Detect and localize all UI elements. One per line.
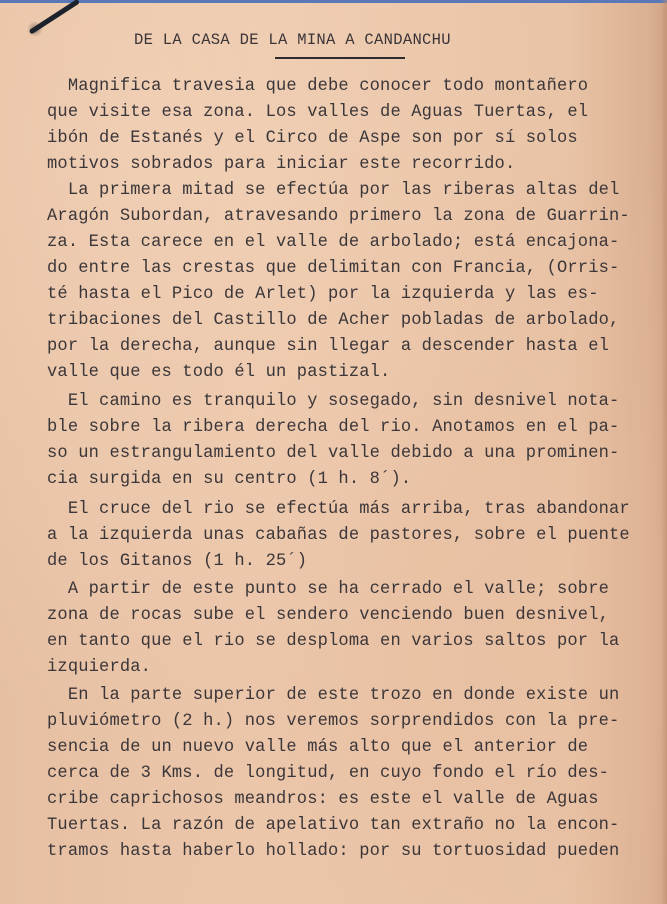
text-line: El cruce del rio se efectúa más arriba, … (47, 500, 630, 520)
text-line: tramos hasta haberlo hollado: por su tor… (47, 842, 619, 862)
text-line: sencia de un nuevo valle más alto que el… (47, 738, 588, 758)
text-line: que visite esa zona. Los valles de Aguas… (47, 103, 588, 123)
text-line: valle que es todo él un pastizal. (47, 363, 390, 383)
text-line: Tuertas. La razón de apelativo tan extra… (47, 816, 619, 836)
text-line: de los Gitanos (1 h. 25´) (47, 552, 307, 572)
text-line: Aragón Subordan, atravesando primero la … (47, 207, 630, 227)
typewritten-page: DE LA CASA DE LA MINA A CANDANCHU Magnif… (0, 0, 667, 904)
text-line: a la izquierda unas cabañas de pastores,… (47, 526, 630, 546)
text-line: cribe caprichosos meandros: es este el v… (47, 790, 599, 810)
text-line: En la parte superior de este trozo en do… (47, 686, 619, 706)
text-line: La primera mitad se efectúa por las ribe… (47, 181, 619, 201)
text-line: so un estrangulamiento del valle debido … (47, 444, 619, 464)
page-edge-shadow (661, 0, 667, 904)
text-line: Magnifica travesia que debe conocer todo… (47, 77, 588, 97)
text-line: por la derecha, aunque sin llegar a desc… (47, 337, 609, 357)
text-line: cia surgida en su centro (1 h. 8´). (47, 470, 411, 490)
scan-border (0, 0, 667, 3)
text-line: motivos sobrados para iniciar este recor… (47, 155, 515, 175)
pen-mark (29, 0, 80, 35)
text-line: té hasta el Pico de Arlet) por la izquie… (47, 285, 599, 305)
text-line: El camino es tranquilo y sosegado, sin d… (47, 392, 619, 412)
text-line: izquierda. (47, 658, 151, 678)
document-title: DE LA CASA DE LA MINA A CANDANCHU (134, 31, 514, 49)
text-line: en tanto que el rio se desploma en vario… (47, 632, 619, 652)
text-line: do entre las crestas que delimitan con F… (47, 259, 619, 279)
text-line: ibón de Estanés y el Circo de Aspe son p… (47, 129, 578, 149)
text-line: pluviómetro (2 h.) nos veremos sorprendi… (47, 712, 619, 732)
text-line: za. Esta carece en el valle de arbolado;… (47, 233, 619, 253)
title-underline (275, 57, 405, 59)
text-line: ble sobre la ribera derecha del rio. Ano… (47, 418, 619, 438)
text-line: A partir de este punto se ha cerrado el … (47, 580, 609, 600)
text-line: zona de rocas sube el sendero venciendo … (47, 606, 609, 626)
text-line: tribaciones del Castillo de Acher poblad… (47, 311, 619, 331)
text-line: cerca de 3 Kms. de longitud, en cuyo fon… (47, 764, 609, 784)
